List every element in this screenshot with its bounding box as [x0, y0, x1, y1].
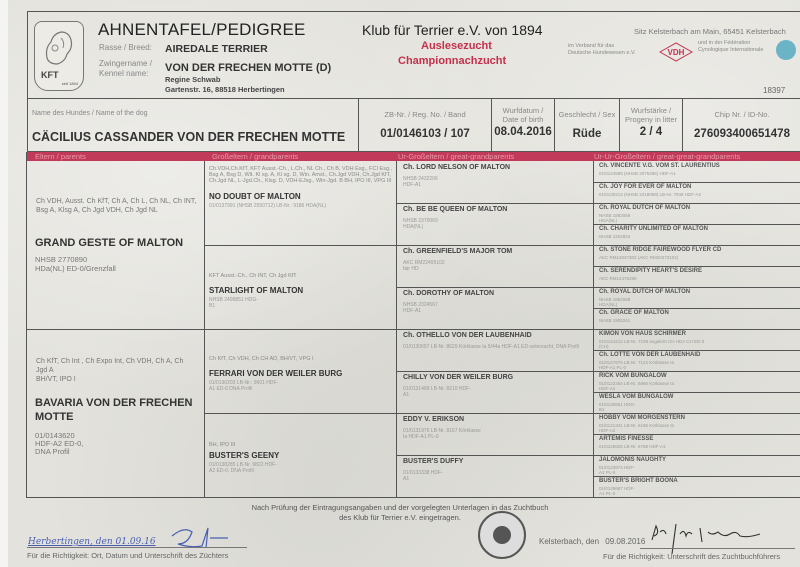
owner-address: Gartenstr. 16, 88518 Herbertingen — [165, 85, 285, 95]
great-grandparent-info: 01/0131499 LB-Nr. 8210 HDF-A1 — [403, 387, 473, 398]
row-divider — [593, 182, 800, 183]
great-great-grandparents-header: Ur-Ur-Großeltern / great-great-grandpare… — [594, 152, 740, 161]
great-grandparent-name: Ch. DOROTHY OF MALTON — [403, 290, 494, 297]
great-great-grandparent-name: Ch. CHARITY UNLIMITED OF MALTON — [599, 226, 708, 232]
great-grandparent-info: AKC RM22495102 fair HD — [403, 261, 453, 272]
grandparent-name: BUSTER'S GEENY — [209, 451, 279, 460]
great-grandparent-info: NHSB 2370069 HDA(NL) — [403, 219, 443, 230]
great-great-grandparent-name: KIMON VON HAUS SCHIRMER — [599, 331, 686, 337]
page-title: AHNENTAFEL/PEDIGREE — [98, 20, 306, 40]
dob-cell: Wurfdatum / Date of birth 08.04.2016 — [492, 99, 555, 152]
reg-number-cell: ZB-Nr. / Reg. No. / Band 01/0146103 / 10… — [359, 99, 492, 152]
great-grandparent-info: 01/0133338 HDF-A1 — [403, 471, 443, 482]
great-great-grandparent-name: Ch. JOY FOR EVER OF MALTON — [599, 184, 691, 190]
grandparent-name: STARLIGHT OF MALTON — [209, 286, 303, 295]
row-divider — [593, 308, 800, 309]
sire-info-2: HDa(NL) ED-0/Grenzfall — [35, 265, 116, 274]
great-great-grandparent-name: Ch. SERENDIPITY HEART'S DESIRE — [599, 268, 702, 274]
registrar-place-text: Kelsterbach, den — [539, 537, 599, 546]
dog-name: CÄCILIUS CASSANDER VON DER FRECHEN MOTTE — [32, 130, 345, 144]
great-great-grandparent-info: 01/0127875 LB-Nr. 7122 Körklasse Ia HDF-… — [599, 360, 679, 370]
registration-note-1: Nach Prüfung der Eintragungsangaben und … — [200, 503, 600, 513]
owner-name: Regine Schwab — [165, 75, 220, 85]
row-divider — [27, 329, 800, 330]
parents-header: Eltern / parents — [35, 152, 86, 161]
great-grandparent-name: BUSTER'S DUFFY — [403, 458, 463, 465]
registrar-date: 09.08.2016 — [605, 537, 645, 546]
selection-breeding-label: Auslesezucht — [421, 40, 492, 52]
kennel-label-1: Zwingername / — [99, 59, 152, 69]
dob-label-2: Date of birth — [492, 115, 554, 124]
registrar-signature-label: Für die Richtigkeit: Unterschrift des Zu… — [603, 552, 780, 561]
dam-titles-1: Ch KfT, Ch Int , Ch Expo Int, Ch VDH, Ch… — [36, 358, 183, 367]
reg-number: 01/0146103 / 107 — [359, 128, 491, 140]
reg-number-label: ZB-Nr. / Reg. No. / Band — [359, 110, 491, 119]
grandparent-info: 01/0130203 LB-Nr.: 9601 HDF-A1 ED-0 DNA … — [209, 381, 279, 392]
great-grandparent-name: EDDY V. ERIKSON — [403, 416, 464, 423]
fci-globe-icon — [776, 40, 796, 60]
breed-label: Rasse / Breed: — [99, 43, 152, 53]
breeder-signature-label: Für die Richtigkeit: Ort, Datum und Unte… — [27, 551, 228, 560]
row-divider — [204, 245, 800, 246]
kennel-label-2: Kennel name: — [99, 69, 148, 79]
breeder-signature-line — [27, 547, 247, 548]
great-great-grandparent-info: 01/0124212 LB-Nr. 7108 angekört CH HDA C… — [599, 339, 709, 349]
vdh-logo-text: VDH — [668, 48, 685, 57]
row-divider — [593, 476, 800, 477]
sire-name: GRAND GESTE OF MALTON — [35, 237, 183, 249]
row-divider — [396, 203, 800, 204]
breed-value: AIREDALE TERRIER — [165, 43, 268, 55]
great-great-grandparent-info: AKC RM12476289 — [599, 276, 637, 281]
dog-name-label: Name des Hundes / Name of the dog — [32, 110, 148, 117]
dam-titles-3: BH/VT, IPO I — [36, 376, 76, 385]
great-grandparent-name: Ch. LORD NELSON OF MALTON — [403, 164, 510, 171]
grandparent-info: NHSB 2499851 HDG-B1 — [209, 298, 259, 309]
great-great-grandparent-info: 01/0120651 HDG-B1 — [599, 402, 639, 412]
great-great-grandparent-info: NHSB 1882068 HDA(NL) — [599, 213, 639, 223]
great-great-grandparent-name: Ch. GRACE OF MALTON — [599, 310, 669, 316]
fci-text-1: und in der Fédération — [698, 40, 750, 46]
great-great-grandparent-name: Ch. STONE RIDGE FAIREWOOD FLYER CD — [599, 247, 721, 253]
great-great-grandparent-name: HOBBY VOM MORGENSTERN — [599, 415, 685, 421]
registry-stamp — [478, 511, 526, 559]
dam-titles-2: Jgd A — [36, 367, 54, 376]
sex-value: Rüde — [555, 128, 619, 140]
great-great-grandparent-info: NHSB 1905261 — [599, 318, 630, 323]
logo-text: KFT — [41, 70, 59, 80]
great-grandparent-info: 01/0130657 LB-Nr. 8629 Körklasse Ia 5/44… — [403, 345, 583, 351]
sex-label: Geschlecht / Sex — [555, 110, 619, 119]
great-great-grandparent-info: NHSB 2252824 — [599, 234, 630, 239]
great-great-grandparent-info: 01/0129687 HDF-A1 PL-0 — [599, 486, 639, 496]
great-grandparents-header: Ur-Großeltern / great-grandparents — [398, 152, 514, 161]
row-divider — [396, 455, 800, 456]
chip-number: 276093400651478 — [683, 128, 800, 140]
great-grandparent-info: NHSB 2432206 HDF-A1 — [403, 177, 443, 188]
great-great-grandparent-name: ARTEMIS FINESSE — [599, 436, 653, 442]
registration-note-2: des Klub für Terrier e.V. eingetragen. — [200, 513, 600, 523]
grandparent-titles: KFT Ausst.-Ch., Ch INT, Ch Jgd KfT — [209, 273, 393, 279]
kennel-value: VON DER FRECHEN MOTTE (D) — [165, 62, 331, 74]
terrier-head-icon — [43, 28, 75, 68]
row-divider — [396, 371, 800, 372]
document-number: 18397 — [763, 86, 785, 95]
vdh-logo-icon: VDH — [659, 42, 693, 62]
grandparent-name: FERRARI VON DER WEILER BURG — [209, 369, 342, 378]
sex-cell: Geschlecht / Sex Rüde — [555, 99, 620, 152]
great-great-grandparent-name: Ch. LOTTE VON DER LAUBENHAID — [599, 352, 700, 358]
dam-name-1: BAVARIA VON DER FRECHEN — [35, 397, 192, 409]
row-divider — [593, 434, 800, 435]
registrar-place: Kelsterbach, den 09.08.2016 — [539, 537, 645, 546]
great-great-grandparent-name: WESLA VOM BUNGALOW — [599, 394, 673, 400]
scan-margin — [0, 0, 8, 567]
great-great-grandparent-info: AKC RM12037302 (AKC RM20373102) — [599, 255, 678, 260]
chip-cell: Chip Nr. / ID-No. 276093400651478 — [683, 99, 800, 152]
kft-logo: KFT seit 1894 — [34, 21, 84, 91]
generation-header-band: Eltern / parents Großeltern / grandparen… — [27, 152, 800, 161]
great-grandparent-name: Ch. BE BE QUEEN OF MALTON — [403, 206, 507, 213]
great-great-grandparent-info: NHSB 1882068 HDA(NL) — [599, 297, 639, 307]
great-great-grandparent-name: Ch. ROYAL DUTCH OF MALTON — [599, 205, 690, 211]
great-great-grandparent-name: BUSTER'S BRIGHT BOONA — [599, 478, 678, 484]
grandparent-info: 01/0137991 (NHSB 2550712) LB-Nr.: 9186 H… — [209, 204, 329, 210]
great-great-grandparent-info: 01/0122254 LB-Nr. 6966 Körklasse Ia HDF-… — [599, 381, 679, 391]
logo-established: seit 1894 — [62, 81, 78, 86]
dog-info-row: Name des Hundes / Name of the dog CÄCILI… — [27, 99, 800, 152]
champion-offspring-label: Championnachzucht — [398, 55, 506, 67]
litter-cell: Wurfstärke / Progeny in litter 2 / 4 — [620, 99, 683, 152]
grandparent-name: NO DOUBT OF MALTON — [209, 192, 301, 201]
great-grandparent-info: 01/0131976 LB-Nr. 8167 Körklasse Ia HDF-… — [403, 429, 483, 440]
great-grandparent-name: Ch. OTHELLO VON DER LAUBENHAID — [403, 332, 532, 339]
fci-text-2: Cynologique Internationale — [698, 47, 763, 53]
chip-label: Chip Nr. / ID-No. — [683, 110, 800, 119]
date-of-birth: 08.04.2016 — [492, 126, 554, 138]
row-divider — [593, 392, 800, 393]
great-great-grandparent-name: RICK VOM BUNGALOW — [599, 373, 667, 379]
great-great-grandparent-name: Ch. VINCENTE V.G. VOM ST. LAURENTIUS — [599, 163, 720, 169]
breeder-place-date: Herbertingen, den 01.09.16 — [28, 537, 156, 547]
club-seat: Sitz Kelsterbach am Main, 65451 Kelsterb… — [634, 27, 786, 36]
row-divider — [593, 266, 800, 267]
row-divider — [396, 287, 800, 288]
grandparent-titles: Ch KfT, Ch VDH, Ch CH AD, BH/VT, VPG I — [209, 356, 319, 362]
litter-label-1: Wurfstärke / — [620, 106, 682, 115]
great-grandparent-info: NHSB 2324567 HDF-A1 — [403, 303, 443, 314]
stamp-terrier-icon — [493, 526, 511, 544]
pedigree-table: Eltern / parents Großeltern / grandparen… — [26, 152, 800, 498]
vdh-text-2: Deutsche Hundewesen e.V. — [568, 50, 636, 56]
row-divider — [593, 350, 800, 351]
litter-value: 2 / 4 — [620, 126, 682, 138]
sire-titles: Ch VDH, Ausst. Ch KfT, Ch A, Ch L, Ch NL… — [36, 198, 201, 215]
dam-info-3: DNA Profil — [35, 448, 70, 457]
vdh-text-1: im Verband für das — [568, 43, 614, 49]
great-grandparent-name: CHILLY VON DER WEILER BURG — [403, 374, 513, 381]
great-great-grandparent-name: JALOMONIS NAUGHTY — [599, 457, 666, 463]
great-great-grandparent-info: 01/0123974 HDF-A1 PL-0 — [599, 465, 639, 475]
great-great-grandparent-info: 01/0125825 LB-Nr. 6788 HDF-A1 — [599, 444, 679, 449]
grandparent-titles: Ch.VDH,Ch.KfT, KFT Ausst.-Ch., L.Ch., NL… — [209, 166, 393, 184]
litter-label-2: Progeny in litter — [620, 115, 682, 124]
dog-name-cell: Name des Hundes / Name of the dog CÄCILI… — [28, 99, 359, 152]
club-name: Klub für Terrier e.V. von 1894 — [362, 22, 543, 38]
row-divider — [593, 224, 800, 225]
great-great-grandparent-name: Ch. ROYAL DUTCH OF MALTON — [599, 289, 690, 295]
grandparent-info: 01/0138285 LB-Nr. 9822 HDF-A2 ED-0, DNA … — [209, 463, 279, 474]
registrar-signature-line — [640, 548, 795, 549]
great-grandparent-name: Ch. GREENFIELD'S MAJOR TOM — [403, 248, 512, 255]
great-great-grandparent-info: 01/0124589 (NHSB 2075286) HDF-A1 — [599, 171, 679, 176]
dob-label-1: Wurfdatum / — [492, 106, 554, 115]
great-great-grandparent-info: 01/0130213 (NHSB 2218099) LB-Nr. 7948 HD… — [599, 192, 709, 197]
grandparent-titles: BH, IPO III — [209, 442, 235, 448]
great-great-grandparent-info: 01/0121341 LB-Nr. 6196 Körklasse Ib HDF-… — [599, 423, 679, 433]
dam-name-2: MOTTE — [35, 411, 74, 423]
grandparents-header: Großeltern / grandparents — [212, 152, 298, 161]
row-divider — [204, 413, 800, 414]
